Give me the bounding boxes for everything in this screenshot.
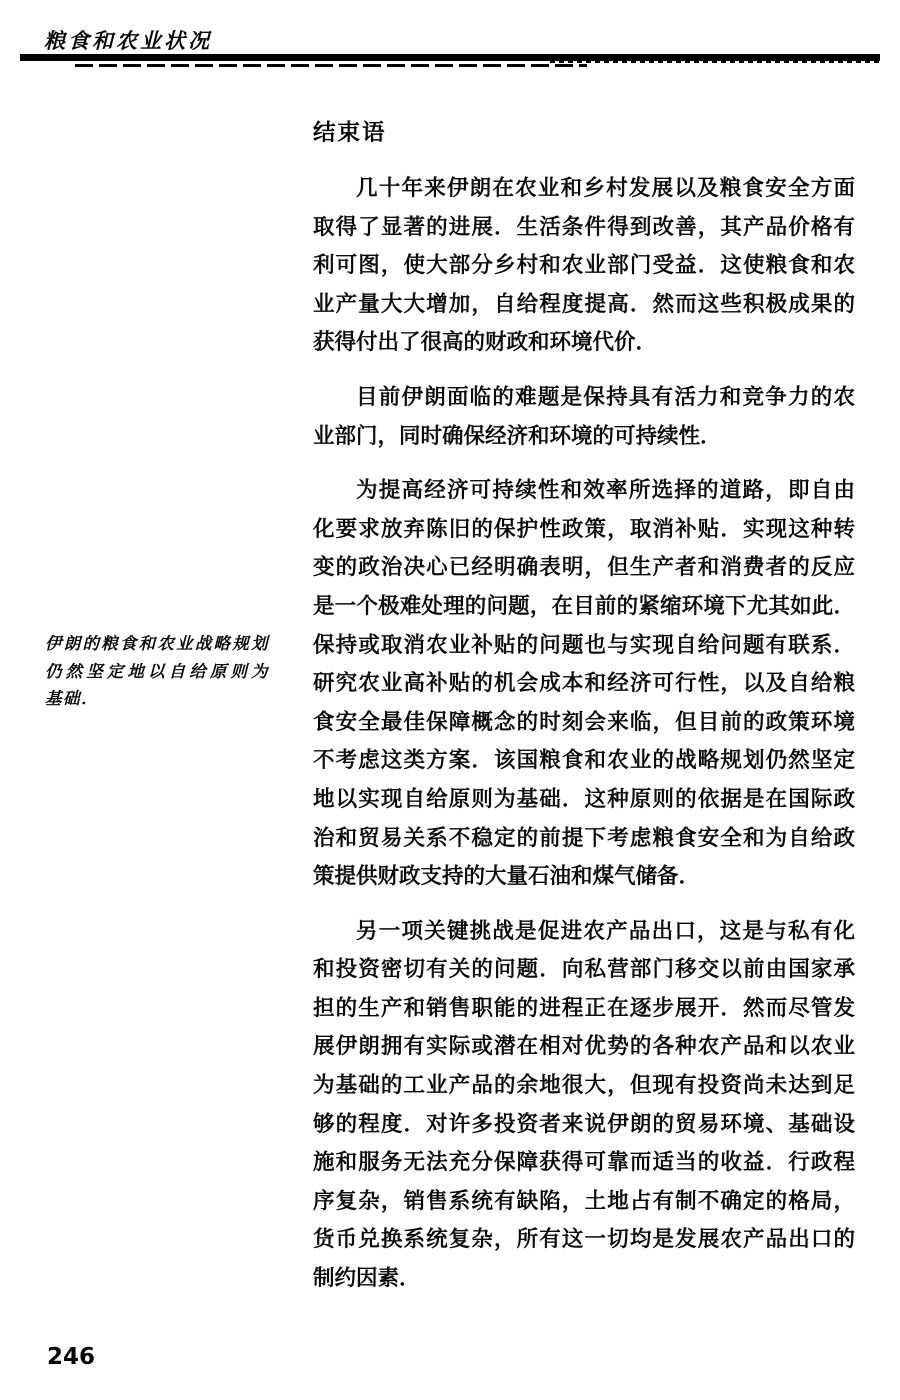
text-line: 业产量大大增加，自给程度提高．然而这些积极成果的 — [313, 286, 855, 325]
text-line: 货币兑换系统复杂，所有这一切均是发展农产品出口的 — [313, 1221, 855, 1260]
text-line: 变的政治决心已经明确表明，但生产者和消费者的反应 — [313, 549, 855, 588]
running-header-title: 粮食和农业状况 — [44, 25, 212, 55]
text-line: 展伊朗拥有实际或潜在相对优势的各种农产品和以农业 — [313, 1028, 855, 1067]
text-line: 施和服务无法充分保障获得可靠而适当的收益．行政程 — [313, 1144, 855, 1183]
document-page: 粮食和农业状况 伊朗的粮食和农业战略规划仍然坚定地以自给原则为基础． 结束语 几… — [0, 0, 900, 1400]
text-line: 制约因素． — [313, 1260, 855, 1299]
section-heading: 结束语 — [313, 118, 855, 148]
text-line: 几十年来伊朗在农业和乡村发展以及粮食安全方面 — [313, 170, 855, 209]
page-number: 246 — [47, 1344, 95, 1370]
text-line: 策提供财政支持的大量石油和煤气储备． — [313, 858, 855, 897]
body-paragraphs: 几十年来伊朗在农业和乡村发展以及粮食安全方面取得了显著的进展．生活条件得到改善，… — [313, 170, 855, 1299]
text-line: 目前伊朗面临的难题是保持具有活力和竞争力的农 — [313, 379, 855, 418]
text-line: 序复杂，销售系统有缺陷，土地占有制不确定的格局， — [313, 1183, 855, 1222]
margin-note-line: 伊朗的粮食和农业战略规划 — [45, 630, 269, 658]
header-rule — [20, 54, 880, 61]
main-text-column: 结束语 几十年来伊朗在农业和乡村发展以及粮食安全方面取得了显著的进展．生活条件得… — [313, 118, 855, 1315]
header-rule-secondary — [75, 64, 587, 67]
text-line: 化要求放弃陈旧的保护性政策，取消补贴．实现这种转 — [313, 511, 855, 550]
text-line: 不考虑这类方案．该国粮食和农业的战略规划仍然坚定 — [313, 742, 855, 781]
text-line: 担的生产和销售职能的进程正在逐步展开．然而尽管发 — [313, 990, 855, 1029]
margin-note-line: 仍然坚定地以自给原则为 — [45, 658, 269, 686]
margin-note-line: 基础． — [45, 685, 269, 713]
text-line: 保持或取消农业补贴的问题也与实现自给问题有联系． — [313, 627, 855, 666]
paragraph: 目前伊朗面临的难题是保持具有活力和竞争力的农业部门，同时确保经济和环境的可持续性… — [313, 379, 855, 456]
paragraph: 为提高经济可持续性和效率所选择的道路，即自由化要求放弃陈旧的保护性政策，取消补贴… — [313, 472, 855, 897]
text-line: 另一项关键挑战是促进农产品出口，这是与私有化 — [313, 913, 855, 952]
text-line: 为基础的工业产品的余地很大，但现有投资尚未达到足 — [313, 1067, 855, 1106]
text-line: 为提高经济可持续性和效率所选择的道路，即自由 — [313, 472, 855, 511]
text-line: 和投资密切有关的问题．向私营部门移交以前由国家承 — [313, 951, 855, 990]
text-line: 获得付出了很高的财政和环境代价． — [313, 324, 855, 363]
paragraph: 另一项关键挑战是促进农产品出口，这是与私有化和投资密切有关的问题．向私营部门移交… — [313, 913, 855, 1299]
text-line: 地以实现自给原则为基础．这种原则的依据是在国际政 — [313, 781, 855, 820]
text-line: 食安全最佳保障概念的时刻会来临，但目前的政策环境 — [313, 704, 855, 743]
text-line: 治和贸易关系不稳定的前提下考虑粮食安全和为自给政 — [313, 820, 855, 859]
text-line: 够的程度．对许多投资者来说伊朗的贸易环境、基础设 — [313, 1106, 855, 1145]
text-line: 取得了显著的进展．生活条件得到改善，其产品价格有 — [313, 209, 855, 248]
text-line: 是一个极难处理的问题，在目前的紧缩环境下尤其如此． — [313, 588, 855, 627]
paragraph: 几十年来伊朗在农业和乡村发展以及粮食安全方面取得了显著的进展．生活条件得到改善，… — [313, 170, 855, 363]
text-line: 利可图，使大部分乡村和农业部门受益．这使粮食和农 — [313, 247, 855, 286]
text-line: 研究农业高补贴的机会成本和经济可行性，以及自给粮 — [313, 665, 855, 704]
text-line: 业部门，同时确保经济和环境的可持续性． — [313, 418, 855, 457]
margin-note: 伊朗的粮食和农业战略规划仍然坚定地以自给原则为基础． — [45, 630, 269, 713]
